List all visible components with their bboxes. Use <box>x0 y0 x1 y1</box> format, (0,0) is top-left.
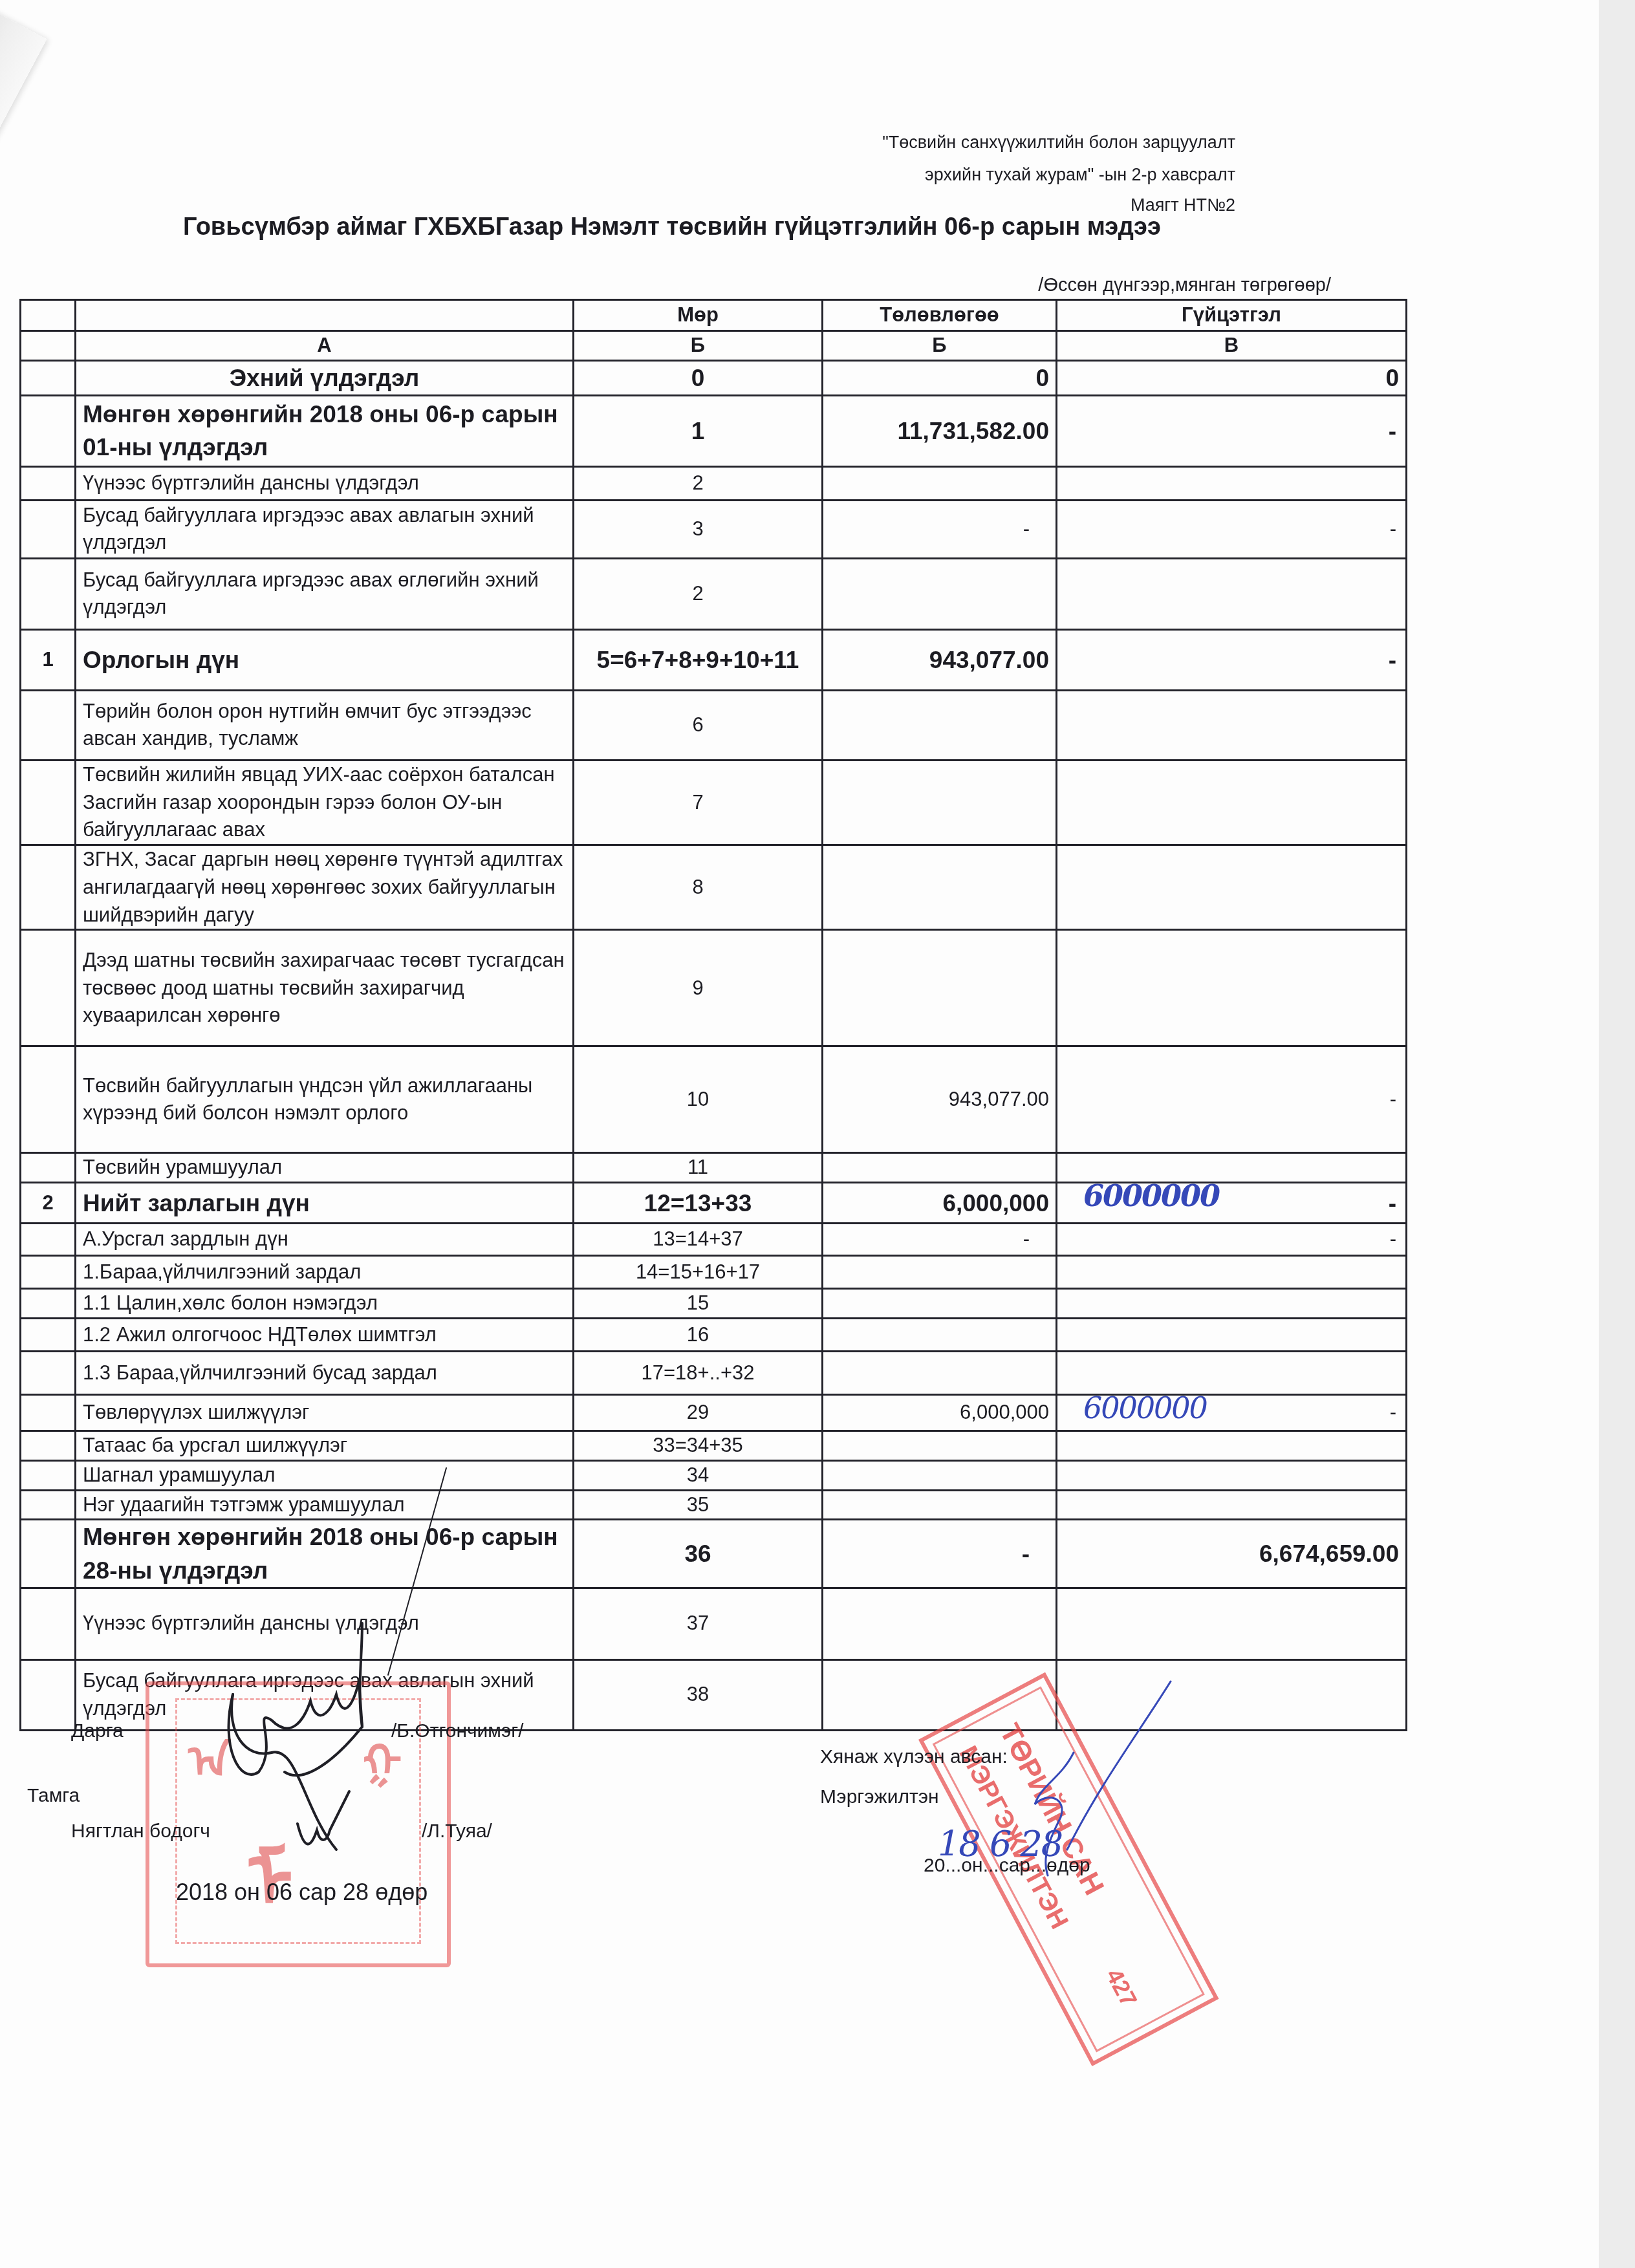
row-number <box>21 760 76 845</box>
row-line-code: 13=14+37 <box>574 1224 823 1256</box>
row-actual-value-text: - <box>1389 1190 1396 1216</box>
row-number <box>21 1224 76 1256</box>
row-number <box>21 1351 76 1394</box>
header-row: Мөр Төлөвлөгөө Гүйцэтгэл <box>21 300 1407 331</box>
table-row: Үүнээс бүртгэлийн дансны үлдэгдэл2 <box>21 466 1407 500</box>
row-number <box>21 1520 76 1588</box>
row-line-code: 7 <box>574 760 823 845</box>
table-row: Төсвийн жилийн явцад УИХ-аас соёрхон бат… <box>21 760 1407 845</box>
row-label: 1.1 Цалин,хөлс болон нэмэгдэл <box>76 1289 574 1319</box>
handwritten-amount: 6000000 <box>1083 1394 1207 1429</box>
row-actual-value <box>1057 1256 1407 1289</box>
row-plan-value <box>823 1153 1057 1183</box>
row-label: Төсвийн байгууллагын үндсэн үйл ажиллага… <box>76 1046 574 1153</box>
row-number <box>21 1659 76 1730</box>
row-number <box>21 395 76 466</box>
sign-date: 2018 он 06 сар 28 өдөр <box>176 1879 428 1906</box>
row-label: 1.Бараа,үйлчилгээний зардал <box>76 1256 574 1289</box>
row-actual-value <box>1057 1460 1407 1490</box>
accountant-label: Нягтлан бодогч <box>71 1820 210 1842</box>
table-row: А.Урсгал зардлын дүн13=14+37-- <box>21 1224 1407 1256</box>
seal-label: Тамга <box>27 1785 80 1807</box>
row-actual-value: - <box>1057 629 1407 690</box>
handwritten-amount: 6000000 <box>1083 1183 1219 1217</box>
code-plan: Б <box>823 331 1057 361</box>
reviewed-label: Хянаж хүлээн авсан: <box>820 1746 1008 1768</box>
row-actual-value <box>1057 760 1407 845</box>
table-row: Мөнгөн хөрөнгийн 2018 оны 06-р сарын 01-… <box>21 395 1407 466</box>
table-row: Татаас ба урсгал шилжүүлэг33=34+35 <box>21 1431 1407 1460</box>
row-line-code: 8 <box>574 845 823 930</box>
director-name: /Б.Отгончимэг/ <box>391 1720 524 1742</box>
row-label: Нийт зарлагын дүн <box>76 1183 574 1224</box>
row-label: Төсвийн жилийн явцад УИХ-аас соёрхон бат… <box>76 760 574 845</box>
row-actual-value <box>1057 930 1407 1046</box>
row-line-code: 2 <box>574 466 823 500</box>
row-actual-value <box>1057 1431 1407 1460</box>
row-line-code: 33=34+35 <box>574 1431 823 1460</box>
table-row: Эхний үлдэгдэл000 <box>21 360 1407 395</box>
review-date-handwritten: 18 6 28 <box>938 1824 1062 1864</box>
row-actual-value <box>1057 1153 1407 1183</box>
row-line-code: 12=13+33 <box>574 1183 823 1224</box>
row-actual-value <box>1057 1490 1407 1520</box>
row-label: Эхний үлдэгдэл <box>76 360 574 395</box>
row-label: 1.2 Ажил олгогчоос НДТөлөх шимтгэл <box>76 1318 574 1351</box>
row-plan-value <box>823 1318 1057 1351</box>
header-actual: Гүйцэтгэл <box>1057 300 1407 331</box>
row-number <box>21 1490 76 1520</box>
row-plan-value <box>823 1460 1057 1490</box>
row-label: Бусад байгууллага иргэдээс авах авлагын … <box>76 500 574 558</box>
page-title: Говьсүмбэр аймаг ГХБХБГазар Нэмэлт төсви… <box>183 213 1161 241</box>
row-line-code: 17=18+..+32 <box>574 1351 823 1394</box>
code-row: А Б Б В <box>21 331 1407 361</box>
row-actual-value: 6000000- <box>1057 1183 1407 1224</box>
row-plan-value <box>823 690 1057 760</box>
row-plan-value: 943,077.00 <box>823 629 1057 690</box>
row-actual-value <box>1057 1588 1407 1659</box>
row-number: 2 <box>21 1183 76 1224</box>
row-plan-value: 11,731,582.00 <box>823 395 1057 466</box>
row-line-code: 37 <box>574 1588 823 1659</box>
row-actual-value <box>1057 466 1407 500</box>
row-line-code: 6 <box>574 690 823 760</box>
row-line-code: 1 <box>574 395 823 466</box>
header-line: Мөр <box>574 300 823 331</box>
row-actual-value: - <box>1057 500 1407 558</box>
table-row: Нэг удаагийн тэтгэмж урамшуулал35 <box>21 1490 1407 1520</box>
reference-line-1: "Төсвийн санхүүжилтийн болон зарцуулалт <box>882 133 1235 153</box>
row-line-code: 29 <box>574 1394 823 1431</box>
row-actual-value: 6000000- <box>1057 1394 1407 1431</box>
row-plan-value <box>823 1256 1057 1289</box>
specialist-label: Мэргэжилтэн <box>820 1786 939 1808</box>
row-line-code: 34 <box>574 1460 823 1490</box>
row-plan-value <box>823 558 1057 629</box>
form-number: Маягт НТ№2 <box>1131 195 1235 215</box>
header-plan: Төлөвлөгөө <box>823 300 1057 331</box>
table-row: 1.3 Бараа,үйлчилгээний бусад зардал17=18… <box>21 1351 1407 1394</box>
row-plan-value: 0 <box>823 360 1057 395</box>
table-row: 1.2 Ажил олгогчоос НДТөлөх шимтгэл16 <box>21 1318 1407 1351</box>
row-plan-value: 6,000,000 <box>823 1183 1057 1224</box>
scan-edge <box>1599 0 1635 2268</box>
row-label: Шагнал урамшуулал <box>76 1460 574 1490</box>
row-number <box>21 1289 76 1319</box>
row-line-code: 15 <box>574 1289 823 1319</box>
row-label: Үүнээс бүртгэлийн дансны үлдэгдэл <box>76 466 574 500</box>
row-number <box>21 1318 76 1351</box>
row-line-code: 16 <box>574 1318 823 1351</box>
table-row: Шагнал урамшуулал34 <box>21 1460 1407 1490</box>
table-row: ЗГНХ, Засаг даргын нөөц хөрөнгө түүнтэй … <box>21 845 1407 930</box>
row-actual-value: 6,674,659.00 <box>1057 1520 1407 1588</box>
code-no <box>21 331 76 361</box>
row-actual-value-text: - <box>1390 1401 1396 1423</box>
row-label: А.Урсгал зардлын дүн <box>76 1224 574 1256</box>
row-number <box>21 360 76 395</box>
row-line-code: 10 <box>574 1046 823 1153</box>
table-row: Төсвийн байгууллагын үндсэн үйл ажиллага… <box>21 1046 1407 1153</box>
table-row: Төвлөрүүлэх шилжүүлэг296,000,0006000000- <box>21 1394 1407 1431</box>
row-label: Мөнгөн хөрөнгийн 2018 оны 06-р сарын 01-… <box>76 395 574 466</box>
row-line-code: 14=15+16+17 <box>574 1256 823 1289</box>
table-row: 2Нийт зарлагын дүн12=13+336,000,00060000… <box>21 1183 1407 1224</box>
accountant-name: /Л.Туяа/ <box>422 1820 492 1842</box>
table-row: 1Орлогын дүн5=6+7+8+9+10+11943,077.00- <box>21 629 1407 690</box>
row-label: ЗГНХ, Засаг даргын нөөц хөрөнгө түүнтэй … <box>76 845 574 930</box>
row-plan-value <box>823 1351 1057 1394</box>
row-actual-value: - <box>1057 395 1407 466</box>
row-label: Бусад байгууллага иргэдээс авах өглөгийн… <box>76 558 574 629</box>
row-plan-value: - <box>823 1224 1057 1256</box>
row-number <box>21 1256 76 1289</box>
reference-line-2: эрхийн тухай журам" -ын 2-р хавсралт <box>925 165 1235 185</box>
director-label: Дарга <box>71 1720 124 1742</box>
row-plan-value: 6,000,000 <box>823 1394 1057 1431</box>
row-actual-value: - <box>1057 1046 1407 1153</box>
row-number <box>21 1394 76 1431</box>
row-label: Татаас ба урсгал шилжүүлэг <box>76 1431 574 1460</box>
table-row: Мөнгөн хөрөнгийн 2018 оны 06-р сарын 28-… <box>21 1520 1407 1588</box>
row-plan-value <box>823 760 1057 845</box>
row-line-code: 2 <box>574 558 823 629</box>
row-actual-value <box>1057 1289 1407 1319</box>
row-number: 1 <box>21 629 76 690</box>
table-row: Дээд шатны төсвийн захирагчаас төсөвт ту… <box>21 930 1407 1046</box>
row-actual-value <box>1057 845 1407 930</box>
row-label: Үүнээс бүртгэлийн дансны үлдэгдэл <box>76 1588 574 1659</box>
row-plan-value <box>823 1289 1057 1319</box>
row-label: Орлогын дүн <box>76 629 574 690</box>
row-number <box>21 845 76 930</box>
row-actual-value <box>1057 1659 1407 1730</box>
row-plan-value <box>823 930 1057 1046</box>
row-line-code: 9 <box>574 930 823 1046</box>
table-row: Төрийн болон орон нутгийн өмчит бус этгэ… <box>21 690 1407 760</box>
row-number <box>21 930 76 1046</box>
row-label: 1.3 Бараа,үйлчилгээний бусад зардал <box>76 1351 574 1394</box>
row-plan-value: - <box>823 1520 1057 1588</box>
header-label <box>76 300 574 331</box>
row-number <box>21 466 76 500</box>
row-plan-value: 943,077.00 <box>823 1046 1057 1153</box>
row-plan-value <box>823 466 1057 500</box>
row-actual-value <box>1057 1351 1407 1394</box>
row-label: Мөнгөн хөрөнгийн 2018 оны 06-р сарын 28-… <box>76 1520 574 1588</box>
row-plan-value <box>823 845 1057 930</box>
row-line-code: 5=6+7+8+9+10+11 <box>574 629 823 690</box>
row-plan-value <box>823 1490 1057 1520</box>
budget-report-table: Мөр Төлөвлөгөө Гүйцэтгэл А Б Б В Эхний ү… <box>19 299 1407 1731</box>
row-actual-value: - <box>1057 1224 1407 1256</box>
table-row: Бусад байгууллага иргэдээс авах авлагын … <box>21 500 1407 558</box>
row-actual-value <box>1057 1318 1407 1351</box>
row-plan-value <box>823 1588 1057 1659</box>
row-plan-value: - <box>823 500 1057 558</box>
row-label: Төсвийн урамшуулал <box>76 1153 574 1183</box>
row-line-code: 38 <box>574 1659 823 1730</box>
row-number <box>21 690 76 760</box>
row-actual-value <box>1057 690 1407 760</box>
row-label: Дээд шатны төсвийн захирагчаас төсөвт ту… <box>76 930 574 1046</box>
row-number <box>21 1046 76 1153</box>
row-number <box>21 1153 76 1183</box>
code-actual: В <box>1057 331 1407 361</box>
table-row: 1.1 Цалин,хөлс болон нэмэгдэл15 <box>21 1289 1407 1319</box>
row-number <box>21 1460 76 1490</box>
row-label: Нэг удаагийн тэтгэмж урамшуулал <box>76 1490 574 1520</box>
row-number <box>21 500 76 558</box>
row-actual-value: 0 <box>1057 360 1407 395</box>
row-label: Төрийн болон орон нутгийн өмчит бус этгэ… <box>76 690 574 760</box>
row-number <box>21 558 76 629</box>
row-line-code: 0 <box>574 360 823 395</box>
row-line-code: 36 <box>574 1520 823 1588</box>
row-line-code: 35 <box>574 1490 823 1520</box>
code-label: А <box>76 331 574 361</box>
unit-note: /Өссөн дүнгээр,мянган төгрөгөөр/ <box>1038 275 1331 296</box>
row-number <box>21 1431 76 1460</box>
header-no <box>21 300 76 331</box>
row-line-code: 11 <box>574 1153 823 1183</box>
row-actual-value <box>1057 558 1407 629</box>
table-row: Үүнээс бүртгэлийн дансны үлдэгдэл37 <box>21 1588 1407 1659</box>
code-line: Б <box>574 331 823 361</box>
table-row: Бусад байгууллага иргэдээс авах өглөгийн… <box>21 558 1407 629</box>
row-plan-value <box>823 1431 1057 1460</box>
table-row: 1.Бараа,үйлчилгээний зардал14=15+16+17 <box>21 1256 1407 1289</box>
table-row: Төсвийн урамшуулал11 <box>21 1153 1407 1183</box>
row-number <box>21 1588 76 1659</box>
row-label: Төвлөрүүлэх шилжүүлэг <box>76 1394 574 1431</box>
row-line-code: 3 <box>574 500 823 558</box>
